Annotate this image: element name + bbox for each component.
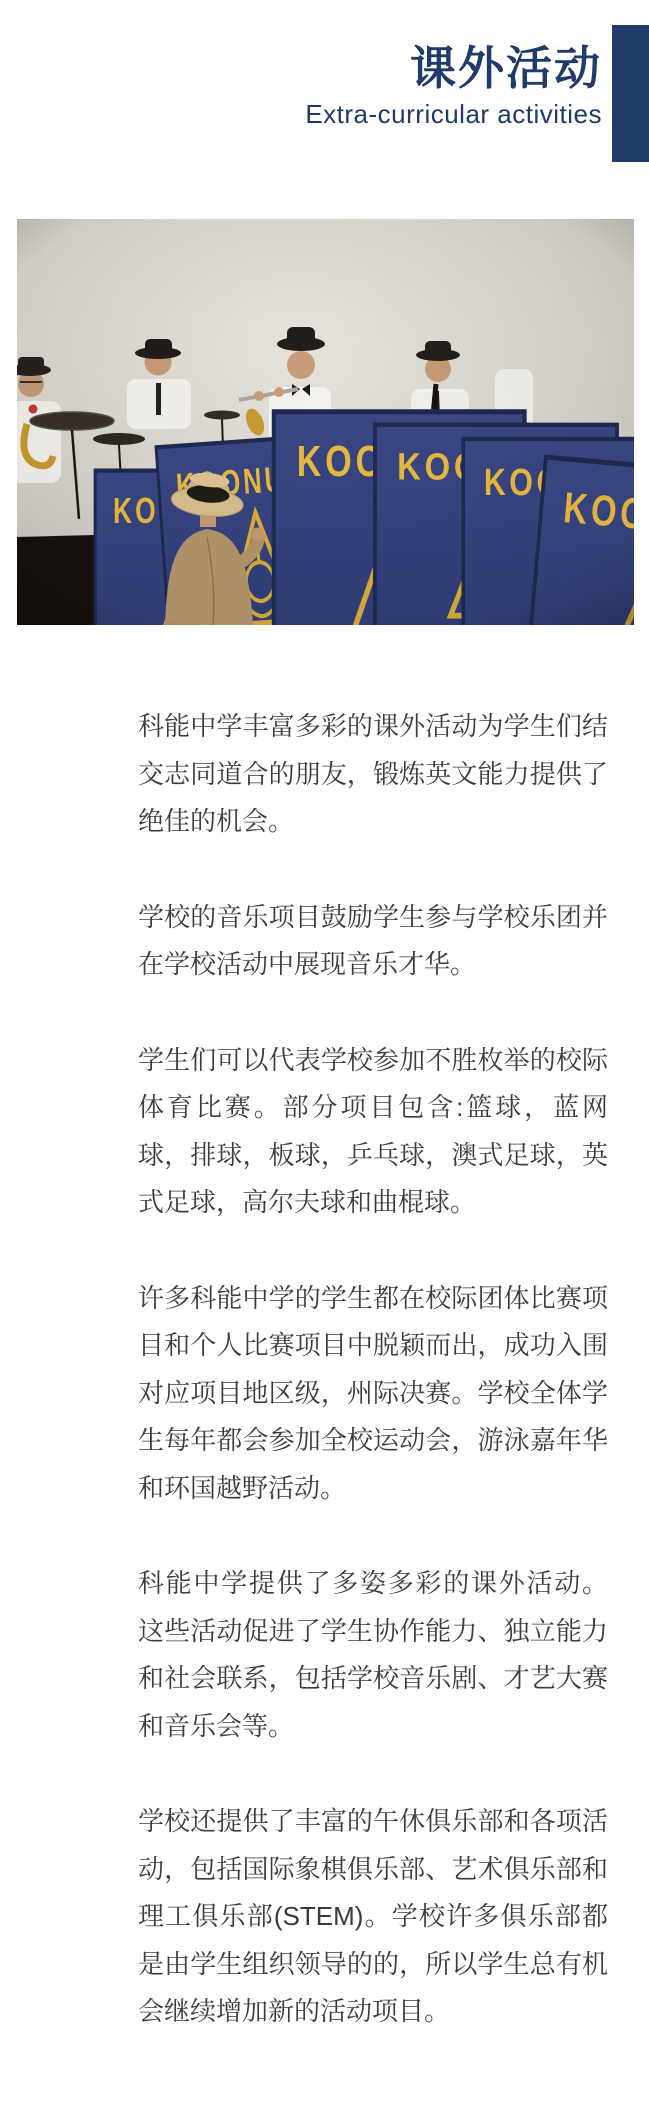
paragraph-intro: 科能中学丰富多彩的课外活动为学生们结交志同道合的朋友，锻炼英文能力提供了绝佳的机… [138,703,608,846]
paragraph-competitions: 许多科能中学的学生都在校际团体比赛项目和个人比赛项目中脱颖而出，成功入围对应项目… [138,1275,608,1513]
article-body: 科能中学丰富多彩的课外活动为学生们结交志同道合的朋友，锻炼英文能力提供了绝佳的机… [138,703,608,2036]
paragraph-activities: 科能中学提供了多姿多彩的课外活动。 这些活动促进了学生协作能力、独立能力和社会联… [138,1560,608,1750]
page-title: 课外活动 [305,42,602,94]
band-photo: KOONUNG SECONDARY COLLEGE [17,219,634,625]
paragraph-clubs: 学校还提供了丰富的午休俱乐部和各项活动，包括国际象棋俱乐部、艺术俱乐部和理工俱乐… [138,1798,608,2036]
paragraph-music: 学校的音乐项目鼓励学生参与学校乐团并在学校活动中展现音乐才华。 [138,894,608,989]
header: 课外活动 Extra-curricular activities [305,42,602,128]
article-page: 课外活动 Extra-curricular activities [0,0,649,2102]
page-subtitle: Extra-curricular activities [305,100,602,128]
band-photo-illustration: KOONUNG SECONDARY COLLEGE [17,219,634,625]
header-accent-bar [612,25,649,162]
paragraph-sports: 学生们可以代表学校参加不胜枚举的校际体育比赛。部分项目包含:篮球，蓝网球，排球，… [138,1037,608,1227]
